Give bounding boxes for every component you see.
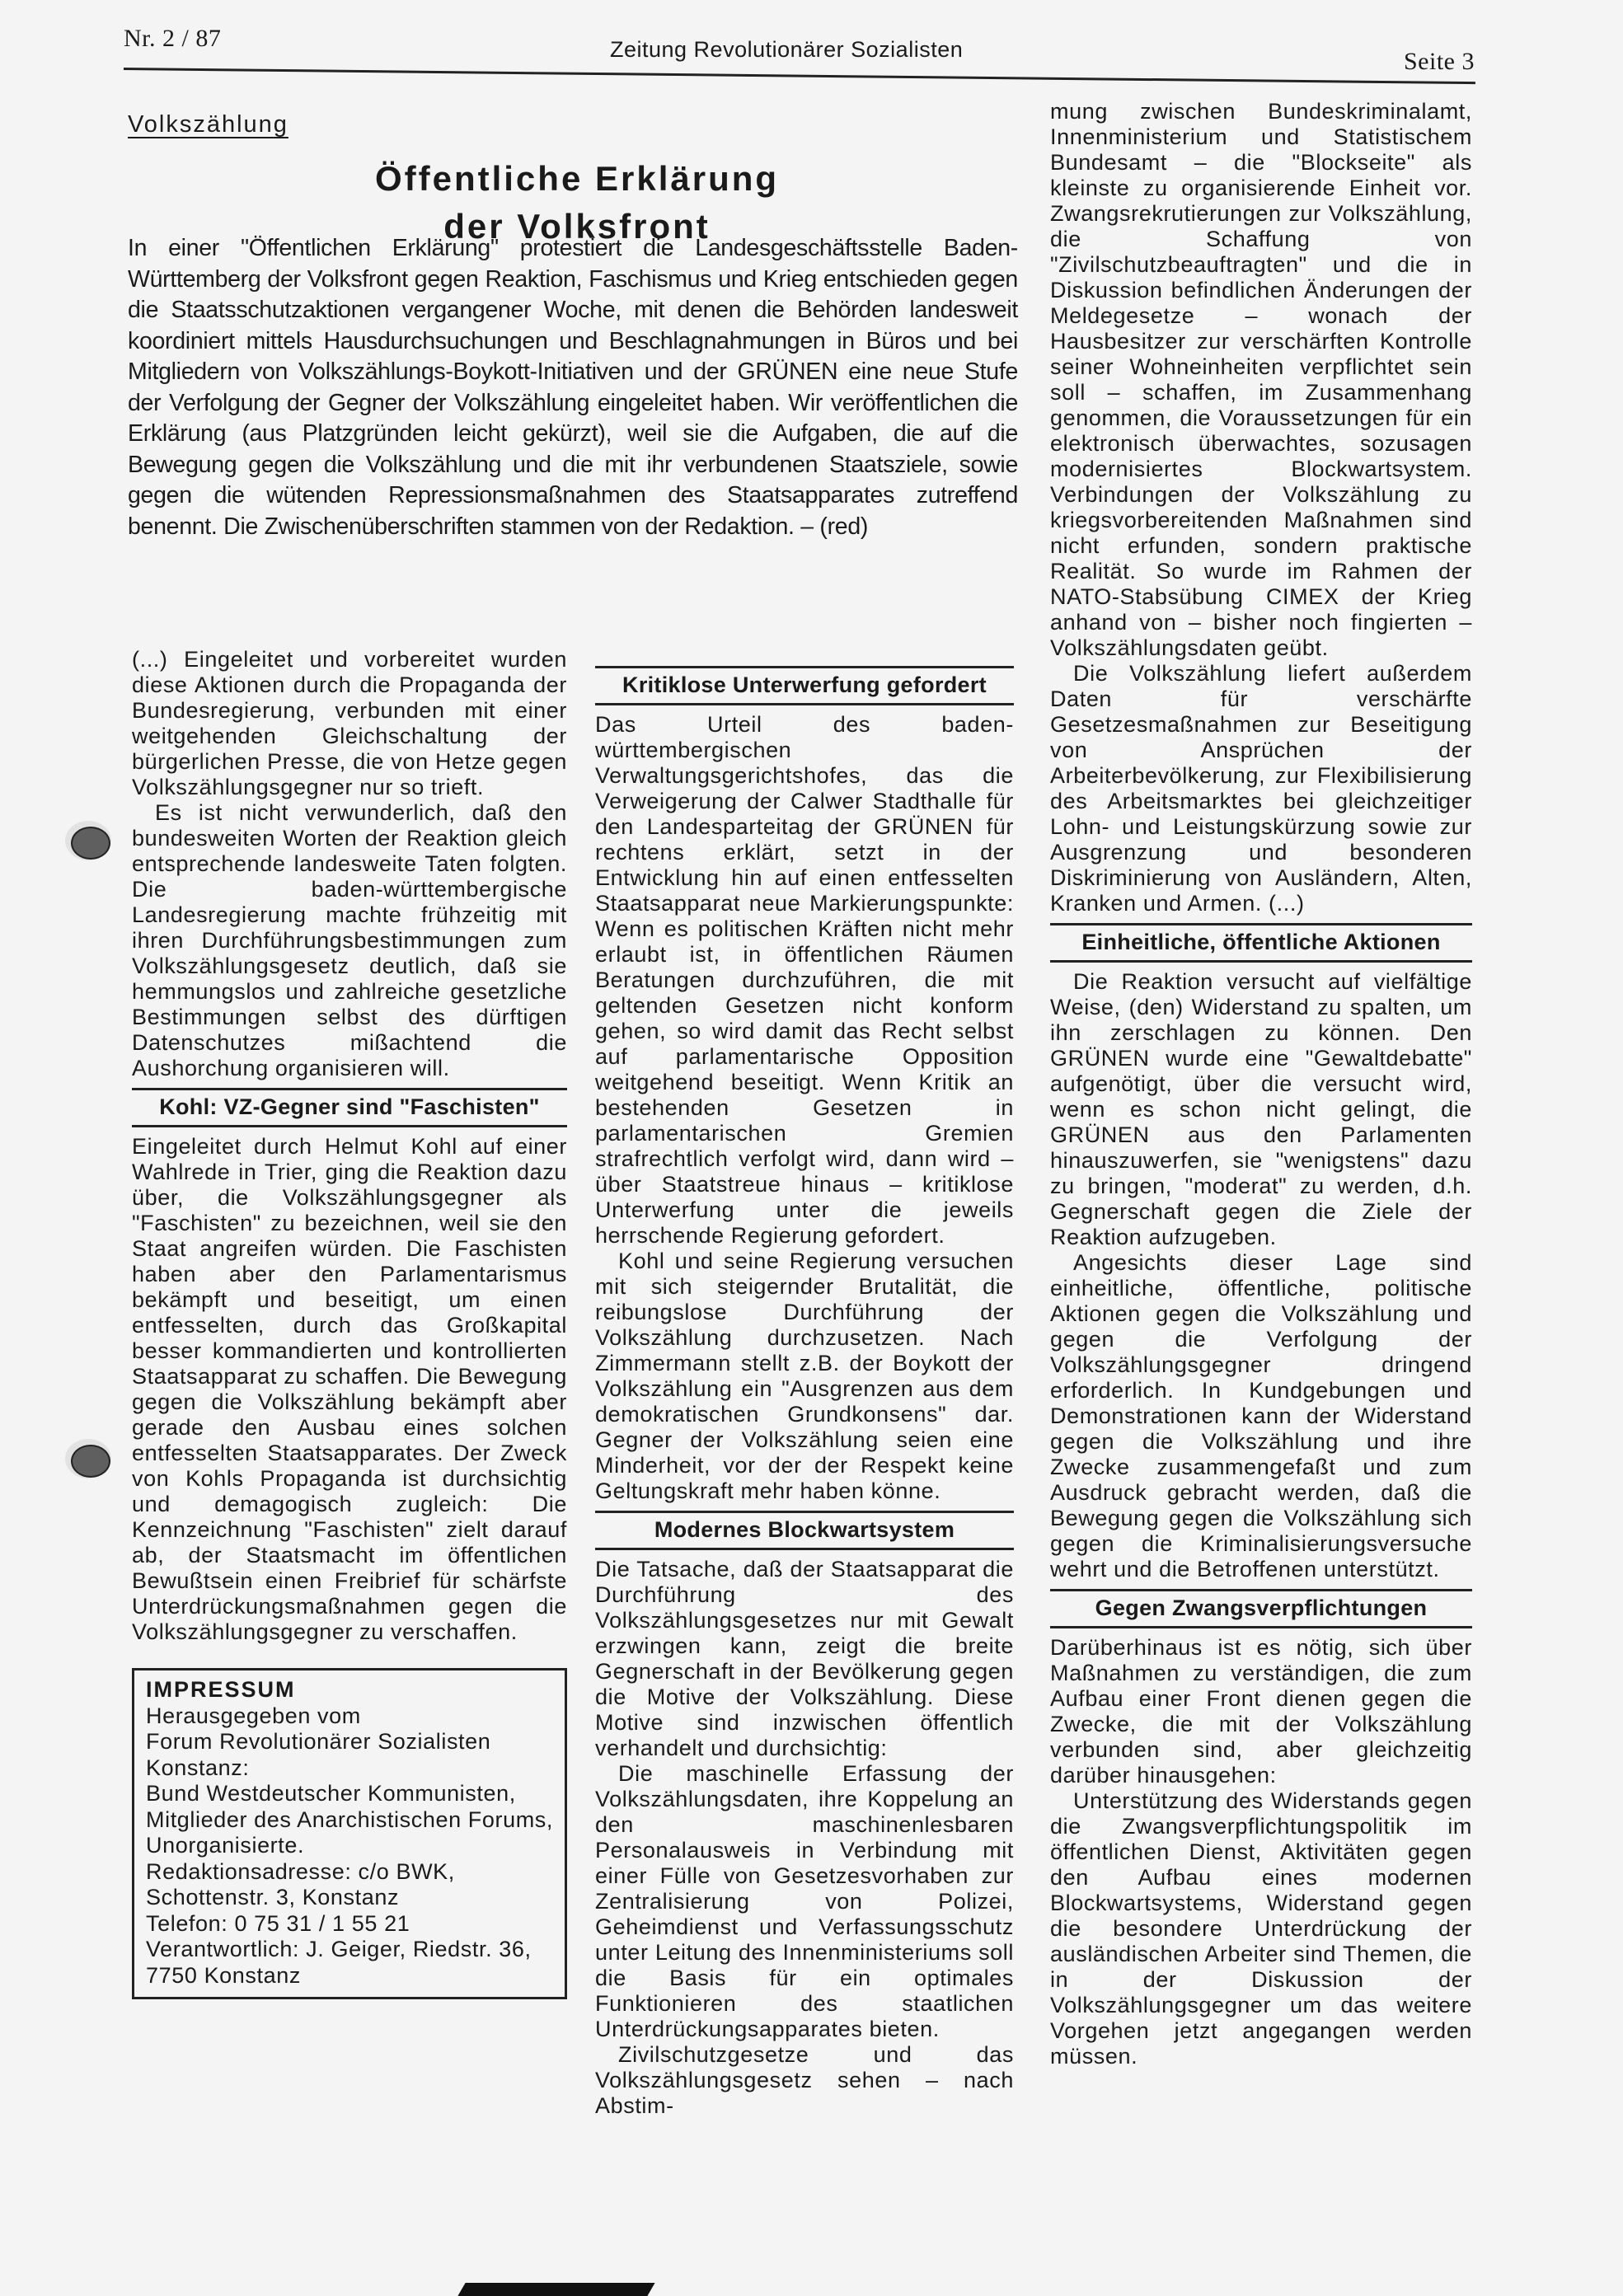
impressum-phone: Telefon: 0 75 31 / 1 55 21 (146, 1911, 556, 1938)
article-intro: In einer "Öffentlichen Erklärung" protes… (128, 233, 1018, 542)
newspaper-page: Nr. 2 / 87 Zeitung Revolutionärer Sozial… (0, 0, 1623, 2296)
paragraph: Es ist nicht verwunderlich, daß den bund… (132, 800, 567, 1081)
paragraph: Das Urteil des baden-württembergischen V… (595, 712, 1014, 1249)
paragraph: Kohl und seine Regierung versuchen mit s… (595, 1249, 1014, 1504)
paragraph: Die Tatsache, daß der Staatsapparat die … (595, 1557, 1014, 1761)
punch-hole-icon (71, 1445, 110, 1478)
page-number: Seite 3 (1404, 48, 1475, 76)
punch-hole-icon (71, 827, 110, 860)
paragraph: Zivilschutzgesetze und das Volkszählungs… (595, 2042, 1014, 2119)
paragraph: (...) Eingeleitet und vorbereitet wurden… (132, 647, 567, 800)
issue-number: Nr. 2 / 87 (124, 25, 221, 53)
column-right: mung zwischen Bundeskriminalamt, Innenmi… (1050, 99, 1472, 2069)
paragraph: Angesichts dieser Lage sind einheitliche… (1050, 1250, 1472, 1582)
impressum-box: IMPRESSUM Herausgegeben vom Forum Revolu… (132, 1668, 567, 1999)
paragraph: mung zwischen Bundeskriminalamt, Innenmi… (1050, 99, 1472, 661)
publication-name: Zeitung Revolutionärer Sozialisten (610, 37, 963, 63)
scan-artifact (457, 2283, 654, 2296)
subheading: Kohl: VZ-Gegner sind "Faschisten" (132, 1088, 567, 1127)
impressum-line: Bund Westdeutscher Kommunisten, Mitglied… (146, 1781, 556, 1859)
impressum-address: Redaktionsadresse: c/o BWK, Schottenstr.… (146, 1859, 556, 1911)
paragraph: Darüberhinaus ist es nötig, sich über Ma… (1050, 1635, 1472, 1788)
header-rule (124, 68, 1475, 84)
impressum-line: Herausgegeben vom (146, 1703, 556, 1730)
section-kicker: Volkszählung (128, 111, 288, 138)
subheading: Kritiklose Unterwerfung gefordert (595, 666, 1014, 705)
paragraph: Die Reaktion versucht auf vielfältige We… (1050, 969, 1472, 1250)
subheading: Gegen Zwangsverpflichtungen (1050, 1589, 1472, 1628)
subheading: Einheitliche, öffentliche Aktionen (1050, 923, 1472, 963)
paragraph: Eingeleitet durch Helmut Kohl auf einer … (132, 1134, 567, 1645)
title-line-1: Öffentliche Erklärung (124, 155, 1030, 203)
paragraph: Unterstützung des Widerstands gegen die … (1050, 1788, 1472, 2069)
impressum-title: IMPRESSUM (146, 1677, 556, 1703)
paragraph: Die maschinelle Erfassung der Volkszählu… (595, 1761, 1014, 2042)
subheading: Modernes Blockwartsystem (595, 1511, 1014, 1550)
column-left: (...) Eingeleitet und vorbereitet wurden… (132, 647, 567, 1999)
impressum-responsible: Verantwortlich: J. Geiger, Riedstr. 36, … (146, 1937, 556, 1989)
column-middle: Kritiklose Unterwerfung gefordert Das Ur… (595, 659, 1014, 2119)
impressum-line: Forum Revolutionärer Sozialisten Konstan… (146, 1729, 556, 1781)
paragraph: Die Volkszählung liefert außerdem Daten … (1050, 661, 1472, 916)
